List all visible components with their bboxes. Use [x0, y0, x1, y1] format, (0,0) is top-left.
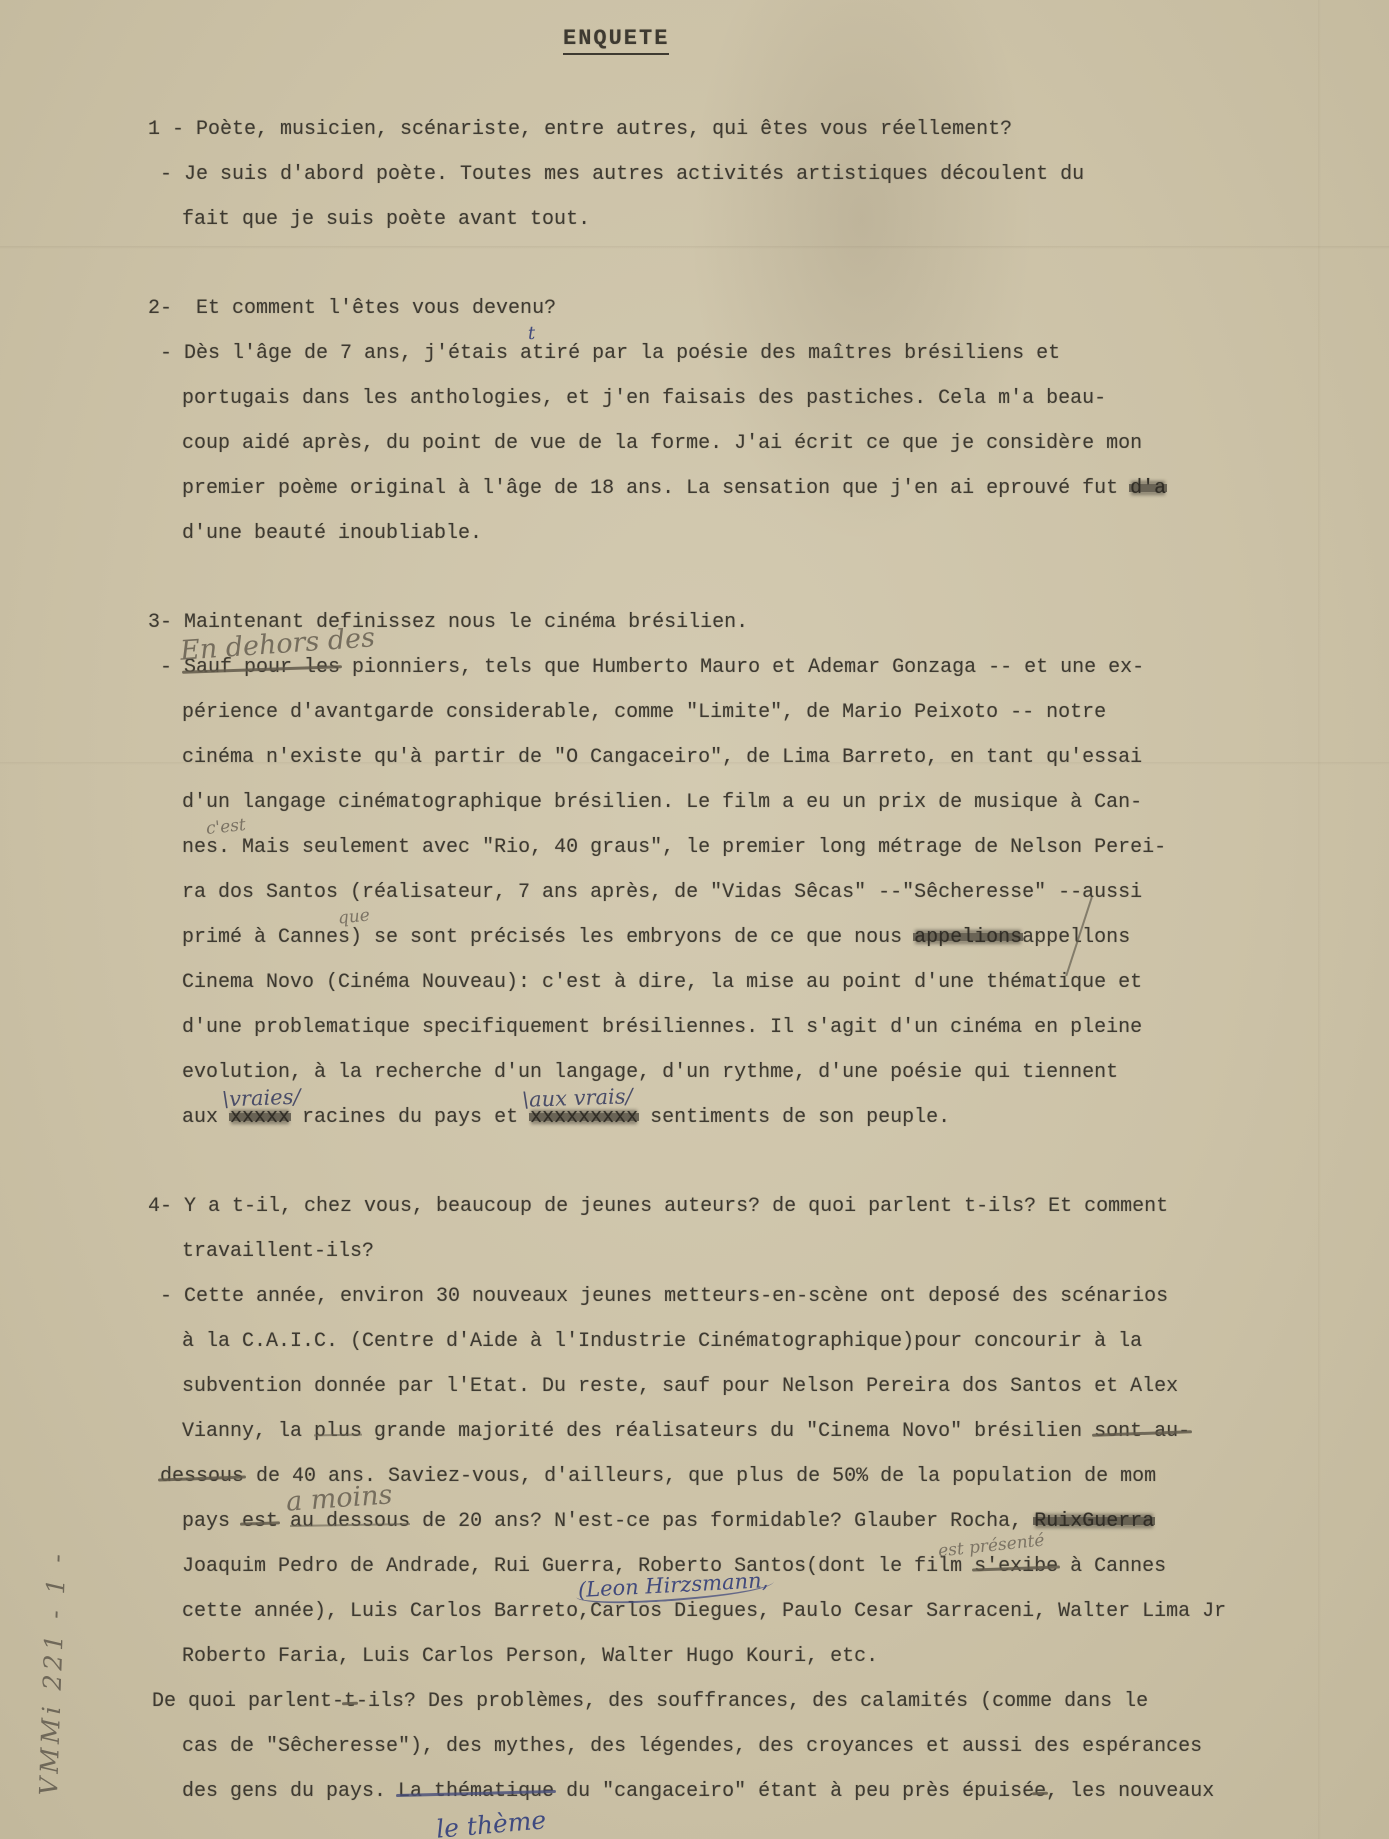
handwritten-annotation: \vraies/ — [222, 1087, 301, 1111]
text-line: portugais dans les anthologies, et j'en … — [0, 376, 1389, 421]
typed-text: evolution, à la recherche d'un langage, … — [182, 1050, 1118, 1095]
annotated-span: \vraies/xxxxx — [230, 1095, 290, 1140]
text-line: Vianny, la plus grande majorité des réal… — [0, 1409, 1389, 1454]
typed-text: subvention donnée par l'Etat. Du reste, … — [182, 1364, 1178, 1409]
annotated-span: ttiré — [532, 331, 580, 376]
struck-text: dessous — [160, 1454, 244, 1499]
struck-text: sont au- — [1094, 1409, 1190, 1454]
text-line: - Dès l'âge de 7 ans, j'étais attiré par… — [0, 331, 1389, 376]
typed-text: racines du pays et — [290, 1095, 530, 1140]
text-line: evolution, à la recherche d'un langage, … — [0, 1050, 1389, 1095]
typed-text: pays — [182, 1499, 242, 1544]
text-line: dessous de 40 ans. Saviez-vous, d'ailleu… — [0, 1454, 1389, 1499]
typed-text: 2- Et comment l'êtes vous devenu? — [148, 286, 556, 331]
text-line: périence d'avantgarde considerable, comm… — [0, 690, 1389, 735]
text-line: primé à Cannes) quese sont précisés les … — [0, 915, 1389, 960]
typed-text: , les nouveaux — [1046, 1769, 1214, 1814]
typed-text: cas de "Sêcheresse"), des mythes, des lé… — [182, 1724, 1202, 1769]
annotated-span: quese — [374, 915, 398, 960]
text-line: - Cette année, environ 30 nouveaux jeune… — [0, 1274, 1389, 1319]
text-line: d'une problematique specifiquement brési… — [0, 1005, 1389, 1050]
annotated-span: (Leon Hirzsmann,Carlos Diegues — [590, 1589, 758, 1634]
typed-text: sentiments de son peuple. — [638, 1095, 950, 1140]
page-title: ENQUETE — [563, 26, 669, 55]
typed-text: De quoi parlent- — [152, 1679, 344, 1724]
typed-text: d'une problematique specifiquement brési… — [182, 1005, 1142, 1050]
typed-text: fait que je suis poète avant tout. — [182, 197, 590, 242]
text-line: 4- Y a t-il, chez vous, beaucoup de jeun… — [0, 1184, 1389, 1229]
text-line: Roberto Faria, Luis Carlos Person, Walte… — [0, 1634, 1389, 1679]
text-line: cas de "Sêcheresse"), des mythes, des lé… — [0, 1724, 1389, 1769]
text-line: aux \vraies/xxxxx racines du pays et \au… — [0, 1095, 1389, 1140]
text-line: cinéma n'existe qu'à partir de "O Cangac… — [0, 735, 1389, 780]
handwritten-annotation: c'est — [205, 817, 246, 838]
struck-text: appelions — [914, 915, 1022, 960]
qa-block: 1 - Poète, musicien, scénariste, entre a… — [0, 107, 1389, 242]
typed-text: 4- Y a t-il, chez vous, beaucoup de jeun… — [148, 1184, 1168, 1229]
typed-text: des gens du pays. — [182, 1769, 398, 1814]
typed-text: Mais — [242, 825, 290, 870]
typed-text: ra dos Santos (réalisateur, 7 ans après,… — [182, 870, 1142, 915]
text-line: à la C.A.I.C. (Centre d'Aide à l'Industr… — [0, 1319, 1389, 1364]
typed-text: par la poésie des maîtres brésiliens et — [580, 331, 1060, 376]
typed-text: travaillent-ils? — [182, 1229, 374, 1274]
typed-text: , Paulo Cesar Sarraceni, Walter Lima Jr — [758, 1589, 1226, 1634]
text-line: coup aidé après, du point de vue de la f… — [0, 421, 1389, 466]
title-row: ENQUETE — [0, 0, 1389, 55]
qa-block: 3- Maintenant definissez nous le cinéma … — [0, 600, 1389, 1140]
handwritten-annotation: a moins — [285, 1481, 393, 1515]
typed-text: d'une beauté inoubliable. — [182, 511, 482, 556]
struck-text: t — [344, 1679, 356, 1724]
text-line: 1 - Poète, musicien, scénariste, entre a… — [0, 107, 1389, 152]
text-line: cette année), Luis Carlos Barreto,(Leon … — [0, 1589, 1389, 1634]
struck-text: e — [1034, 1769, 1046, 1814]
text-line: pays est a moinsau dessous de 20 ans? N'… — [0, 1499, 1389, 1544]
text-line: - Je suis d'abord poète. Toutes mes autr… — [0, 152, 1389, 197]
typed-text: seulement avec "Rio, 40 graus", le premi… — [290, 825, 1166, 870]
typed-text: de 20 ans? N'est-ce pas formidable? Glau… — [410, 1499, 1034, 1544]
typed-text: portugais dans les anthologies, et j'en … — [182, 376, 1106, 421]
text-line: 2- Et comment l'êtes vous devenu? — [0, 286, 1389, 331]
text-line: fait que je suis poète avant tout. — [0, 197, 1389, 242]
document-body: 1 - Poète, musicien, scénariste, entre a… — [0, 107, 1389, 1814]
struck-text: est — [242, 1499, 278, 1544]
typed-text: pionniers, tels que Humberto Mauro et Ad… — [340, 645, 1144, 690]
text-line: Cinema Novo (Cinéma Nouveau): c'est à di… — [0, 960, 1389, 1005]
text-line: ra dos Santos (réalisateur, 7 ans après,… — [0, 870, 1389, 915]
typed-text: appellons — [1022, 915, 1130, 960]
text-line: travaillent-ils? — [0, 1229, 1389, 1274]
text-line: - En dehors desSauf pour les pionniers, … — [0, 645, 1389, 690]
text-line: d'une beauté inoubliable. — [0, 511, 1389, 556]
typed-text: cinéma n'existe qu'à partir de "O Cangac… — [182, 735, 1142, 780]
typed-text: à Cannes — [1058, 1544, 1166, 1589]
struck-text: plus — [314, 1409, 362, 1454]
struck-text: RuixGuerra — [1034, 1499, 1154, 1544]
typed-text: d'un langage cinématographique brésilien… — [182, 780, 1142, 825]
typed-text: - Je suis d'abord poète. Toutes mes autr… — [160, 152, 1084, 197]
struck-text: d'a — [1130, 466, 1166, 511]
typed-text: coup aidé après, du point de vue de la f… — [182, 421, 1142, 466]
annotated-span: En dehors desSauf pour les — [184, 645, 340, 690]
typed-text: grande majorité des réalisateurs du "Cin… — [362, 1409, 1094, 1454]
qa-block: 4- Y a t-il, chez vous, beaucoup de jeun… — [0, 1184, 1389, 1814]
typed-text: cette année), Luis Carlos Barreto, — [182, 1589, 590, 1634]
typed-text: 1 - Poète, musicien, scénariste, entre a… — [148, 107, 1012, 152]
text-line: nes. c'estMais seulement avec "Rio, 40 g… — [0, 825, 1389, 870]
typed-text: Cinema Novo (Cinéma Nouveau): c'est à di… — [182, 960, 1142, 1005]
scanned-document-page: ENQUETE 1 - Poète, musicien, scénariste,… — [0, 0, 1389, 1814]
handwritten-annotation: que — [337, 907, 371, 927]
typed-text: Vianny, la — [182, 1409, 314, 1454]
typed-text: se — [374, 915, 398, 960]
typed-text: à la C.A.I.C. (Centre d'Aide à l'Industr… — [182, 1319, 1142, 1364]
text-line: premier poème original à l'âge de 18 ans… — [0, 466, 1389, 511]
annotated-span: \aux vrais/xxxxxxxxx — [530, 1095, 638, 1140]
annotated-span: le thèmeLa thématique — [398, 1769, 554, 1814]
typed-text: -ils? Des problèmes, des souffrances, de… — [356, 1679, 1148, 1724]
text-line: De quoi parlent-t-ils? Des problèmes, de… — [0, 1679, 1389, 1724]
handwritten-annotation: \aux vrais/ — [522, 1086, 633, 1111]
typed-text: sont précisés les embryons de ce que nou… — [398, 915, 914, 960]
text-line: des gens du pays. le thèmeLa thématique … — [0, 1769, 1389, 1814]
annotated-span: a moinsau dessous — [290, 1499, 410, 1544]
annotated-span: est présentés'exibe — [974, 1544, 1058, 1589]
qa-block: 2- Et comment l'êtes vous devenu?- Dès l… — [0, 286, 1389, 556]
text-line: subvention donnée par l'Etat. Du reste, … — [0, 1364, 1389, 1409]
typed-text: périence d'avantgarde considerable, comm… — [182, 690, 1106, 735]
typed-text: premier poème original à l'âge de 18 ans… — [182, 466, 1130, 511]
typed-text: du "cangaceiro" étant à peu près épuisé — [554, 1769, 1034, 1814]
typed-text: tiré — [532, 331, 580, 376]
handwritten-annotation: t — [528, 325, 536, 343]
typed-text: - Cette année, environ 30 nouveaux jeune… — [160, 1274, 1168, 1319]
typed-text: - Dès l'âge de 7 ans, j'étais a — [160, 331, 532, 376]
typed-text: Roberto Faria, Luis Carlos Person, Walte… — [182, 1634, 878, 1679]
annotated-span: c'estMais — [242, 825, 290, 870]
